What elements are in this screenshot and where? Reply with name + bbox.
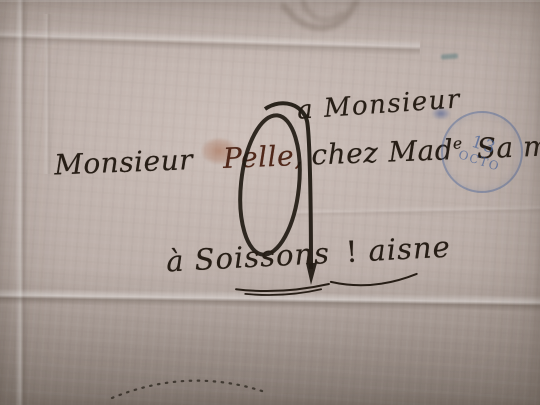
address-recipient-title: Monsieur bbox=[54, 143, 194, 181]
letter-photo: a Monsieur MonsieurPelle,chezMadeSa mere… bbox=[0, 0, 540, 405]
partial-dotted-postmark bbox=[92, 356, 282, 405]
address-department: aisne bbox=[368, 230, 452, 268]
postmark-stamp: 13 OCTO bbox=[441, 111, 523, 193]
photo-top-edge-highlight bbox=[0, 0, 540, 2]
ink-showthrough bbox=[250, 0, 380, 60]
blue-ink-smudge bbox=[431, 107, 451, 120]
address-separator-mark: ! bbox=[345, 234, 359, 269]
